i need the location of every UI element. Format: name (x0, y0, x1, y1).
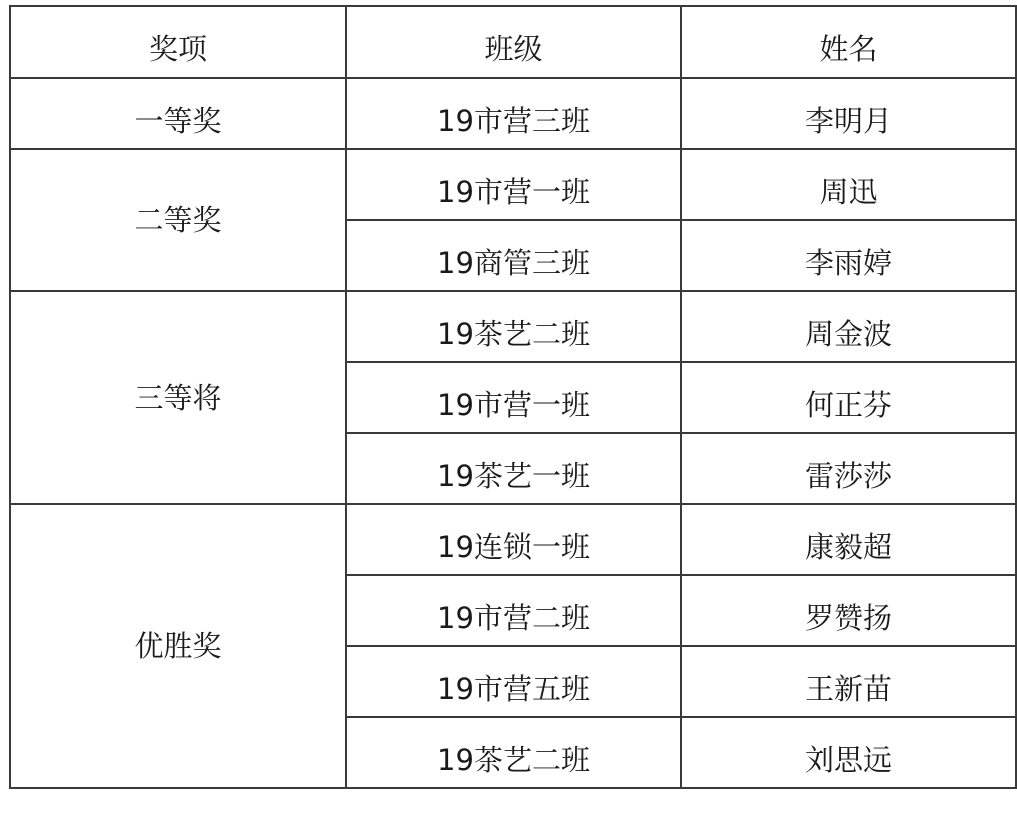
class-cell: 19市营三班 (346, 78, 681, 149)
class-cell: 19市营一班 (346, 362, 681, 433)
name-cell: 李雨婷 (681, 220, 1016, 291)
header-row: 奖项 班级 姓名 (10, 6, 1016, 78)
header-class: 班级 (346, 6, 681, 78)
name-cell: 李明月 (681, 78, 1016, 149)
class-cell: 19茶艺二班 (346, 717, 681, 788)
class-cell: 19市营二班 (346, 575, 681, 646)
header-name: 姓名 (681, 6, 1016, 78)
name-cell: 何正芬 (681, 362, 1016, 433)
name-cell: 刘思远 (681, 717, 1016, 788)
header-award: 奖项 (10, 6, 346, 78)
name-cell: 罗赞扬 (681, 575, 1016, 646)
class-cell: 19商管三班 (346, 220, 681, 291)
award-cell-merit: 优胜奖 (10, 504, 346, 788)
name-cell: 康毅超 (681, 504, 1016, 575)
award-winners-table: 奖项 班级 姓名 一等奖 19市营三班 李明月 二等奖 19市营一班 周迅 19… (9, 5, 1017, 789)
table-row: 一等奖 19市营三班 李明月 (10, 78, 1016, 149)
class-cell: 19市营五班 (346, 646, 681, 717)
table-row: 优胜奖 19连锁一班 康毅超 (10, 504, 1016, 575)
award-cell-second: 二等奖 (10, 149, 346, 291)
name-cell: 周迅 (681, 149, 1016, 220)
table-row: 三等将 19茶艺二班 周金波 (10, 291, 1016, 362)
award-cell-first: 一等奖 (10, 78, 346, 149)
award-cell-third: 三等将 (10, 291, 346, 504)
name-cell: 王新苗 (681, 646, 1016, 717)
class-cell: 19市营一班 (346, 149, 681, 220)
table-row: 二等奖 19市营一班 周迅 (10, 149, 1016, 220)
class-cell: 19茶艺二班 (346, 291, 681, 362)
class-cell: 19茶艺一班 (346, 433, 681, 504)
class-cell: 19连锁一班 (346, 504, 681, 575)
name-cell: 周金波 (681, 291, 1016, 362)
name-cell: 雷莎莎 (681, 433, 1016, 504)
